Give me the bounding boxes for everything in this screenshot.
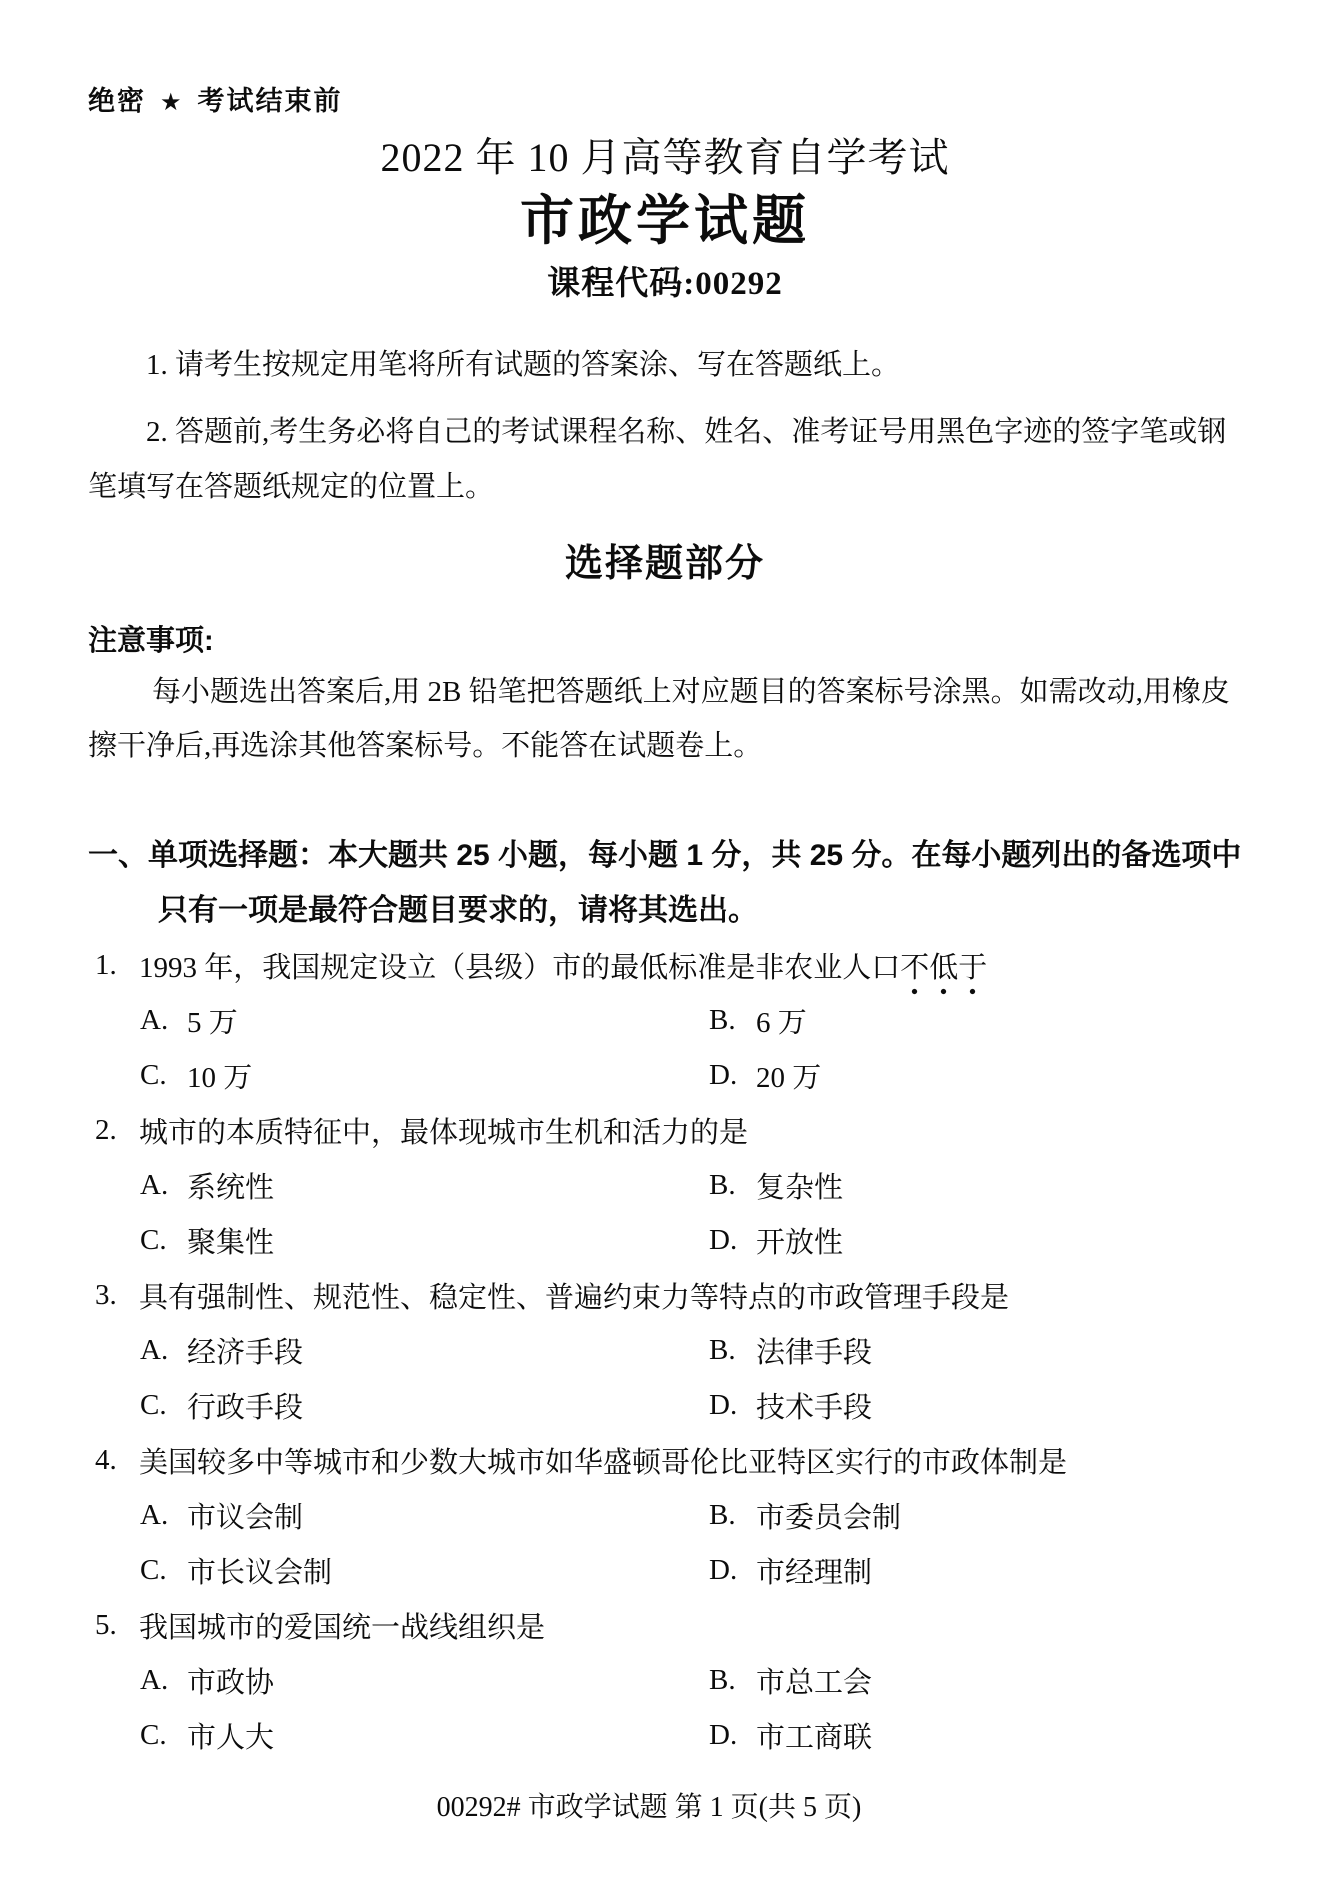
question-number: 5. [95,1609,139,1642]
question-text-plain: 我国城市的爱国统一战线组织是 [139,1612,545,1644]
question-number: 3. [95,1279,139,1312]
option-d: D.市经理制 [709,1550,872,1591]
question-number: 4. [95,1444,139,1477]
option-label: D. [709,1389,756,1422]
option-text: 10 万 [187,1055,252,1096]
question-item-3: 3. 具有强制性、规范性、稳定性、普遍约束力等特点的市政管理手段是 A.经济手段… [88,1268,1242,1433]
option-b: B.市委员会制 [709,1495,901,1536]
option-text: 5 万 [187,1000,238,1041]
option-text: 6 万 [756,1000,807,1041]
course-code: 课程代码:00292 [88,262,1242,306]
option-text: 经济手段 [187,1330,303,1371]
part-one-heading: 一、单项选择题：本大题共 25 小题，每小题 1 分，共 25 分。在每小题列出… [88,828,1242,938]
question-item-4: 4. 美国较多中等城市和少数大城市如华盛顿哥伦比亚特区实行的市政体制是 A.市议… [88,1433,1242,1598]
option-label: C. [140,1224,187,1257]
option-text: 市人大 [187,1715,274,1756]
option-label: C. [140,1719,187,1752]
part-one-heading-line1: 一、单项选择题：本大题共 25 小题，每小题 1 分，共 25 分。在每小题列出… [88,828,1242,883]
option-label: A. [140,1004,187,1037]
option-b: B.法律手段 [709,1330,872,1371]
question-text: 我国城市的爱国统一战线组织是 [139,1605,545,1646]
option-b: B.复杂性 [709,1165,843,1206]
question-text-plain: 城市的本质特征中，最体现城市生机和活力的是 [139,1117,748,1149]
part-one-heading-line2: 只有一项是最符合题目要求的，请将其选出。 [88,883,1242,938]
option-text: 市工商联 [756,1715,872,1756]
star-icon: ★ [146,89,198,116]
option-text: 市总工会 [756,1660,872,1701]
option-text: 系统性 [187,1165,274,1206]
option-b: B.市总工会 [709,1660,872,1701]
option-text: 复杂性 [756,1165,843,1206]
option-text: 市委员会制 [756,1495,901,1536]
option-a: A.经济手段 [140,1330,709,1371]
question-text-plain: 1993 年，我国规定设立（县级）市的最低标准是非农业人口 [139,952,900,984]
option-label: D. [709,1059,756,1092]
question-list: 1. 1993 年，我国规定设立（县级）市的最低标准是非农业人口不低于 A.5 … [88,938,1242,1763]
option-label: C. [140,1059,187,1092]
question-item-1: 1. 1993 年，我国规定设立（县级）市的最低标准是非农业人口不低于 A.5 … [88,938,1242,1103]
option-text: 市经理制 [756,1550,872,1591]
option-c: C.10 万 [140,1055,709,1096]
option-text: 市政协 [187,1660,274,1701]
question-text-plain: 具有强制性、规范性、稳定性、普遍约束力等特点的市政管理手段是 [139,1282,1009,1314]
question-text: 1993 年，我国规定设立（县级）市的最低标准是非农业人口不低于 [139,945,987,986]
option-c: C.行政手段 [140,1385,709,1426]
option-label: B. [709,1334,756,1367]
instruction-item-1: 1. 请考生按规定用笔将所有试题的答案涂、写在答题纸上。 [88,338,1242,393]
option-c: C.市长议会制 [140,1550,709,1591]
instruction-item-2: 2. 答题前,考生务必将自己的考试课程名称、姓名、准考证号用黑色字迹的签字笔或钢… [88,405,1242,515]
option-label: B. [709,1169,756,1202]
classification-note: 考试结束前 [198,86,343,116]
option-label: A. [140,1499,187,1532]
classification-level: 绝密 [88,86,146,116]
option-text: 聚集性 [187,1220,274,1261]
option-a: A.市议会制 [140,1495,709,1536]
exam-paper-page: 绝密★考试结束前 2022 年 10 月高等教育自学考试 市政学试题 课程代码:… [0,0,1328,1763]
question-text: 城市的本质特征中，最体现城市生机和活力的是 [139,1110,748,1151]
option-label: D. [709,1554,756,1587]
option-label: D. [709,1224,756,1257]
option-c: C.市人大 [140,1715,709,1756]
option-label: C. [140,1554,187,1587]
option-label: A. [140,1334,187,1367]
option-d: D.开放性 [709,1220,843,1261]
question-text: 具有强制性、规范性、稳定性、普遍约束力等特点的市政管理手段是 [139,1275,1009,1316]
option-text: 法律手段 [756,1330,872,1371]
option-label: A. [140,1169,187,1202]
option-c: C.聚集性 [140,1220,709,1261]
option-label: D. [709,1719,756,1752]
option-label: B. [709,1004,756,1037]
paper-title: 市政学试题 [88,190,1242,252]
option-a: A.系统性 [140,1165,709,1206]
option-a: A.5 万 [140,1000,709,1041]
question-item-5: 5. 我国城市的爱国统一战线组织是 A.市政协 B.市总工会 C.市人大 D.市… [88,1598,1242,1763]
option-label: B. [709,1664,756,1697]
security-classification: 绝密★考试结束前 [88,84,1242,120]
question-number: 2. [95,1114,139,1147]
page-footer: 00292# 市政学试题 第 1 页(共 5 页) [0,1790,1298,1826]
option-text: 开放性 [756,1220,843,1261]
option-label: C. [140,1389,187,1422]
notes-heading: 注意事项: [88,621,1242,661]
option-label: A. [140,1664,187,1697]
notes-body: 每小题选出答案后,用 2B 铅笔把答题纸上对应题目的答案标号涂黑。如需改动,用橡… [88,665,1242,773]
question-text: 美国较多中等城市和少数大城市如华盛顿哥伦比亚特区实行的市政体制是 [139,1440,1067,1481]
option-label: B. [709,1499,756,1532]
exam-session-title: 2022 年 10 月高等教育自学考试 [88,134,1242,182]
question-text-plain: 美国较多中等城市和少数大城市如华盛顿哥伦比亚特区实行的市政体制是 [139,1447,1067,1479]
option-d: D.技术手段 [709,1385,872,1426]
option-b: B.6 万 [709,1000,807,1041]
option-d: D.市工商联 [709,1715,872,1756]
option-text: 市长议会制 [187,1550,332,1591]
question-number: 1. [95,949,139,982]
option-text: 行政手段 [187,1385,303,1426]
question-text-emphasized: 不低于 [900,945,987,995]
question-item-2: 2. 城市的本质特征中，最体现城市生机和活力的是 A.系统性 B.复杂性 C.聚… [88,1103,1242,1268]
section-title: 选择题部分 [88,541,1242,587]
option-text: 技术手段 [756,1385,872,1426]
option-text: 市议会制 [187,1495,303,1536]
option-text: 20 万 [756,1055,821,1096]
option-d: D.20 万 [709,1055,821,1096]
option-a: A.市政协 [140,1660,709,1701]
